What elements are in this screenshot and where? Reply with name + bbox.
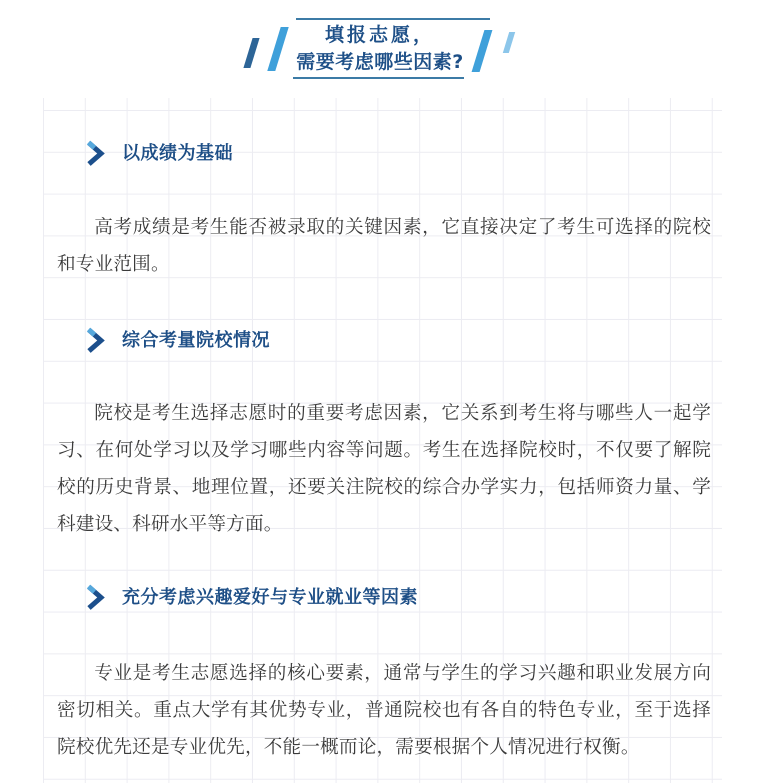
section-title: 综合考量院校情况 <box>122 327 270 354</box>
slash-pale-icon <box>503 32 515 53</box>
section-heading-grades: 以成绩为基础 <box>85 140 233 167</box>
page-title: 填报志愿， 需要考虑哪些因素? <box>0 22 760 76</box>
section-title: 充分考虑兴趣爱好与专业就业等因素 <box>122 584 418 611</box>
section-heading-school: 综合考量院校情况 <box>85 327 270 354</box>
section-heading-interest-major: 充分考虑兴趣爱好与专业就业等因素 <box>85 584 418 611</box>
chevron-right-icon <box>85 584 105 611</box>
page-title-line2: 需要考虑哪些因素? <box>0 49 760 76</box>
page-title-line1: 填报志愿， <box>0 22 760 49</box>
section-paragraph: 高考成绩是考生能否被录取的关键因素，它直接决定了考生可选择的院校和专业范围。 <box>57 209 711 283</box>
chevron-right-icon <box>85 327 105 354</box>
section-title: 以成绩为基础 <box>122 140 233 167</box>
article-header: 填报志愿， 需要考虑哪些因素? <box>0 0 760 100</box>
section-paragraph: 专业是考生志愿选择的核心要素，通常与学生的学习兴趣和职业发展方向密切相关。重点大… <box>57 655 711 766</box>
chevron-right-icon <box>85 140 105 167</box>
header-rule-bottom <box>293 77 464 79</box>
header-rule-top <box>296 18 490 20</box>
section-paragraph: 院校是考生选择志愿时的重要考虑因素，它关系到考生将与哪些人一起学习、在何处学习以… <box>57 395 711 543</box>
decorative-slashes-right-icon <box>476 30 520 74</box>
